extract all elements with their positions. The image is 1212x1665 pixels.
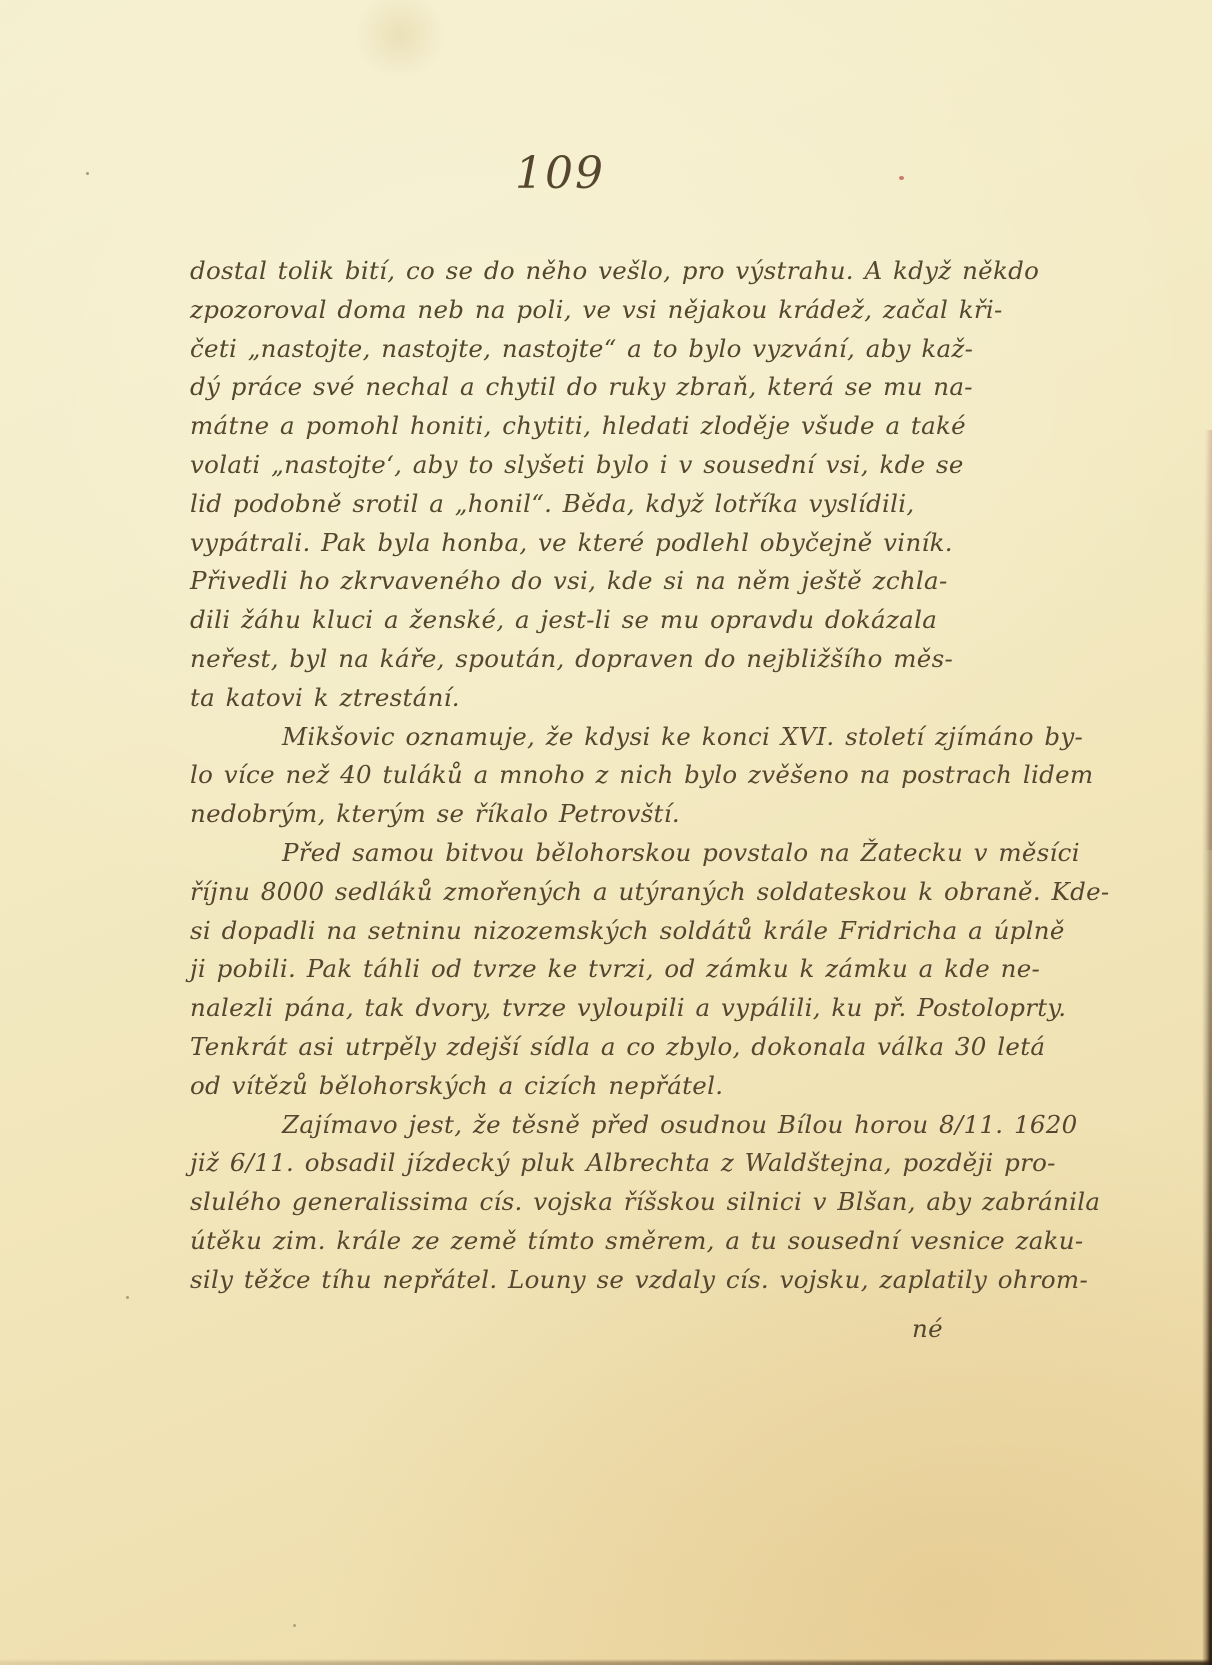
handwritten-line: dostal tolik bití, co se do něho vešlo, …	[190, 252, 1025, 291]
handwritten-line: sily těžce tíhu nepřátel. Louny se vzdal…	[190, 1261, 1025, 1300]
handwritten-line: Mikšovic oznamuje, že kdysi ke konci XVI…	[190, 718, 1025, 757]
paper-speck	[126, 1296, 129, 1299]
handwritten-line: ta katovi k ztrestání.	[190, 679, 1025, 718]
handwritten-line: lid podobně srotil a „honil“. Běda, když…	[190, 485, 1025, 524]
handwritten-line: zpozoroval doma neb na poli, ve vsi něja…	[190, 291, 1025, 330]
handwritten-line: dili žáhu kluci a ženské, a jest-li se m…	[190, 601, 1025, 640]
handwritten-line: vypátrali. Pak byla honba, ve které podl…	[190, 524, 1025, 563]
handwritten-line: nalezli pána, tak dvory, tvrze vyloupili…	[190, 989, 1025, 1028]
handwritten-text-block: dostal tolik bití, co se do něho vešlo, …	[190, 252, 1025, 1300]
scan-edge-right	[1202, 430, 1212, 1665]
scan-edge-bottom	[0, 1659, 1212, 1665]
handwritten-line: od vítězů bělohorských a cizích nepřátel…	[190, 1067, 1025, 1106]
manuscript-scan: 109 dostal tolik bití, co se do něho veš…	[0, 0, 1212, 1665]
catchword: né	[912, 1310, 943, 1348]
handwritten-line: nedobrým, kterým se říkalo Petrovští.	[190, 795, 1025, 834]
handwritten-line: již 6/11. obsadil jízdecký pluk Albrecht…	[190, 1144, 1025, 1183]
handwritten-line: ji pobili. Pak táhli od tvrze ke tvrzi, …	[190, 950, 1025, 989]
paper-speck	[293, 1624, 296, 1627]
handwritten-line: dý práce své nechal a chytil do ruky zbr…	[190, 368, 1025, 407]
handwritten-line: Přivedli ho zkrvaveného do vsi, kde si n…	[190, 562, 1025, 601]
handwritten-line: lo více než 40 tuláků a mnoho z nich byl…	[190, 756, 1025, 795]
page-number: 109	[0, 148, 1120, 199]
handwritten-line: četi „nastojte, nastojte, nastojte“ a to…	[190, 330, 1025, 369]
paper-speck	[899, 176, 904, 180]
handwritten-line: Zajímavo jest, že těsně před osudnou Bíl…	[190, 1106, 1025, 1145]
handwritten-line: říjnu 8000 sedláků zmořených a utýraných…	[190, 873, 1025, 912]
handwritten-line: neřest, byl na káře, spoután, dopraven d…	[190, 640, 1025, 679]
handwritten-line: Před samou bitvou bělohorskou povstalo n…	[190, 834, 1025, 873]
handwritten-line: slulého generalissima cís. vojska říšsko…	[190, 1183, 1025, 1222]
handwritten-line: útěku zim. krále ze země tímto směrem, a…	[190, 1222, 1025, 1261]
handwritten-line: si dopadli na setninu nizozemských soldá…	[190, 912, 1025, 951]
paper-speck	[86, 172, 89, 175]
handwritten-line: mátne a pomohl honiti, chytiti, hledati …	[190, 407, 1025, 446]
handwritten-line: volati „nastojte‘, aby to slyšeti bylo i…	[190, 446, 1025, 485]
handwritten-line: Tenkrát asi utrpěly zdejší sídla a co zb…	[190, 1028, 1025, 1067]
